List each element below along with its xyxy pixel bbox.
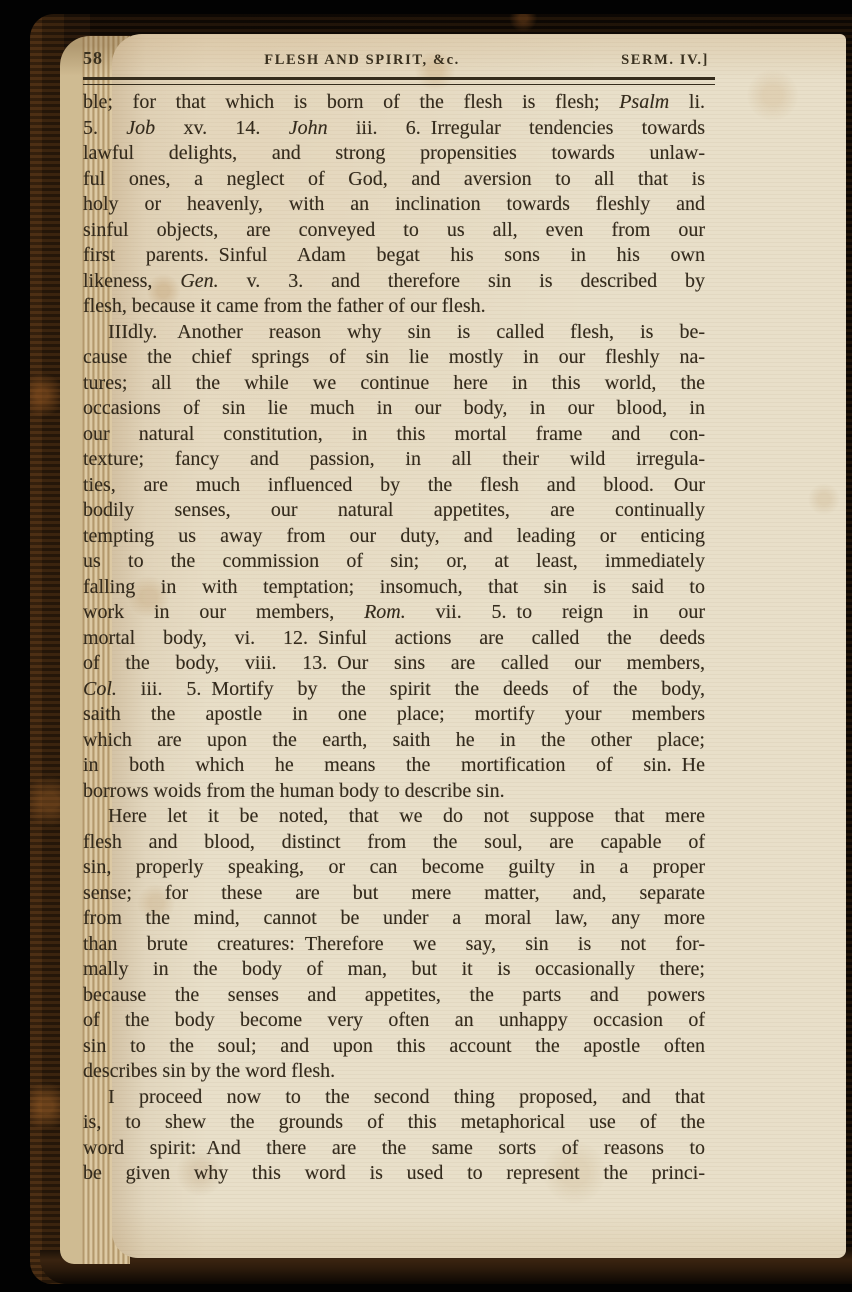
running-title: FLESH AND SPIRIT, &c. bbox=[264, 52, 460, 69]
text-line: tures; all the while we continue here in… bbox=[83, 371, 705, 397]
text-line: cause the chief springs of sin lie mostl… bbox=[83, 345, 705, 371]
text-line: which are upon the earth, saith he in th… bbox=[83, 728, 705, 754]
text-line: in both which he means the mortification… bbox=[83, 753, 705, 779]
text-line: tempting us away from our duty, and lead… bbox=[83, 524, 705, 550]
text-line: us to the commission of sin; or, at leas… bbox=[83, 549, 705, 575]
text-line: sense; for these are but mere matter, an… bbox=[83, 881, 705, 907]
text-line: of the body, viii. 13. Our sins are call… bbox=[83, 651, 705, 677]
text-line: sin to the soul; and upon this account t… bbox=[83, 1034, 705, 1060]
text-line: mally in the body of man, but it is occa… bbox=[83, 957, 705, 983]
text-line: saith the apostle in one place; mortify … bbox=[83, 702, 705, 728]
text-line: of the body become very often an unhappy… bbox=[83, 1008, 705, 1034]
text-line: ful ones, a neglect of God, and aversion… bbox=[83, 167, 705, 193]
text-line: is, to shew the grounds of this metaphor… bbox=[83, 1110, 705, 1136]
text-line: than brute creatures: Therefore we say, … bbox=[83, 932, 705, 958]
header-rule bbox=[83, 77, 715, 85]
text-line: holy or heavenly, with an inclination to… bbox=[83, 192, 705, 218]
text-line: 5. Job xv. 14. John iii. 6. Irregular te… bbox=[83, 116, 705, 142]
text-line: ties, are much influenced by the flesh a… bbox=[83, 473, 705, 499]
text-line: sinful objects, are conveyed to us all, … bbox=[83, 218, 705, 244]
text-line: first parents. Sinful Adam begat his son… bbox=[83, 243, 705, 269]
text-line: flesh and blood, distinct from the soul,… bbox=[83, 830, 705, 856]
text-line: from the mind, cannot be under a moral l… bbox=[83, 906, 705, 932]
text-line: sin, properly speaking, or can become gu… bbox=[83, 855, 705, 881]
text-line: texture; fancy and passion, in all their… bbox=[83, 447, 705, 473]
text-line: describes sin by the word flesh. bbox=[83, 1059, 705, 1085]
text-line: lawful delights, and strong propensities… bbox=[83, 141, 705, 167]
text-line: occasions of sin lie much in our body, i… bbox=[83, 396, 705, 422]
text-line: be given why this word is used to repres… bbox=[83, 1161, 705, 1187]
page-body: ble; for that which is born of the flesh… bbox=[83, 90, 705, 1187]
text-line: bodily senses, our natural appetites, ar… bbox=[83, 498, 705, 524]
page-number: 58 bbox=[83, 48, 103, 69]
running-head: 58 FLESH AND SPIRIT, &c. SERM. IV.] bbox=[83, 48, 709, 69]
text-line: likeness, Gen. v. 3. and therefore sin i… bbox=[83, 269, 705, 295]
text-line: Here let it be noted, that we do not sup… bbox=[83, 804, 705, 830]
text-line: word spirit: And there are the same sort… bbox=[83, 1136, 705, 1162]
text-line: ble; for that which is born of the flesh… bbox=[83, 90, 705, 116]
text-line: mortal body, vi. 12. Sinful actions are … bbox=[83, 626, 705, 652]
text-line: Col. iii. 5. Mortify by the spirit the d… bbox=[83, 677, 705, 703]
text-line: falling in with temptation; insomuch, th… bbox=[83, 575, 705, 601]
text-line: our natural constitution, in this mortal… bbox=[83, 422, 705, 448]
section-label: SERM. IV.] bbox=[621, 52, 709, 69]
text-line: work in our members, Rom. vii. 5. to rei… bbox=[83, 600, 705, 626]
text-line: flesh, because it came from the father o… bbox=[83, 294, 705, 320]
text-line: I proceed now to the second thing propos… bbox=[83, 1085, 705, 1111]
text-line: borrows woids from the human body to des… bbox=[83, 779, 705, 805]
text-line: IIIdly. Another reason why sin is called… bbox=[83, 320, 705, 346]
text-line: because the senses and appetites, the pa… bbox=[83, 983, 705, 1009]
scanned-book-photo: 58 FLESH AND SPIRIT, &c. SERM. IV.] ble;… bbox=[0, 0, 852, 1292]
